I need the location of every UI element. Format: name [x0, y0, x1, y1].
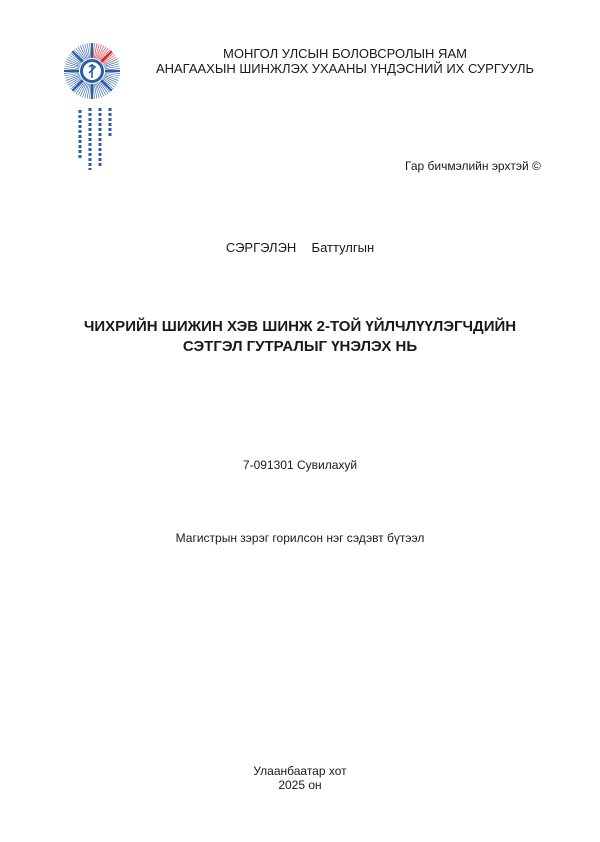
thesis-title-line2: СЭТГЭЛ ГУТРАЛЫГ ҮНЭЛЭХ НЬ — [40, 337, 560, 357]
mongolian-script-icon — [72, 104, 118, 180]
city: Улаанбаатар хот — [0, 764, 600, 778]
university-logo-icon — [63, 42, 121, 100]
copyright-notice: Гар бичмэлийн эрхтэй © — [405, 159, 541, 173]
institution-header: МОНГОЛ УЛСЫН БОЛОВСРОЛЫН ЯАМ АНАГААХЫН Ш… — [150, 46, 540, 76]
year: 2025 он — [0, 778, 600, 792]
place-and-year: Улаанбаатар хот 2025 он — [0, 764, 600, 792]
degree-statement: Магистрын зэрэг горилсон нэг сэдэвт бүтэ… — [0, 531, 600, 545]
program-code: 7-091301 Сувилахуй — [0, 458, 600, 472]
university-name: АНАГААХЫН ШИНЖЛЭХ УХААНЫ ҮНДЭСНИЙ ИХ СУР… — [150, 61, 540, 76]
thesis-title-line1: ЧИХРИЙН ШИЖИН ХЭВ ШИНЖ 2-ТОЙ ҮЙЛЧЛҮҮЛЭГЧ… — [40, 317, 560, 337]
ministry-name: МОНГОЛ УЛСЫН БОЛОВСРОЛЫН ЯАМ — [150, 46, 540, 61]
author-name: СЭРГЭЛЭН Баттулгын — [0, 240, 600, 255]
thesis-title: ЧИХРИЙН ШИЖИН ХЭВ ШИНЖ 2-ТОЙ ҮЙЛЧЛҮҮЛЭГЧ… — [40, 317, 560, 357]
